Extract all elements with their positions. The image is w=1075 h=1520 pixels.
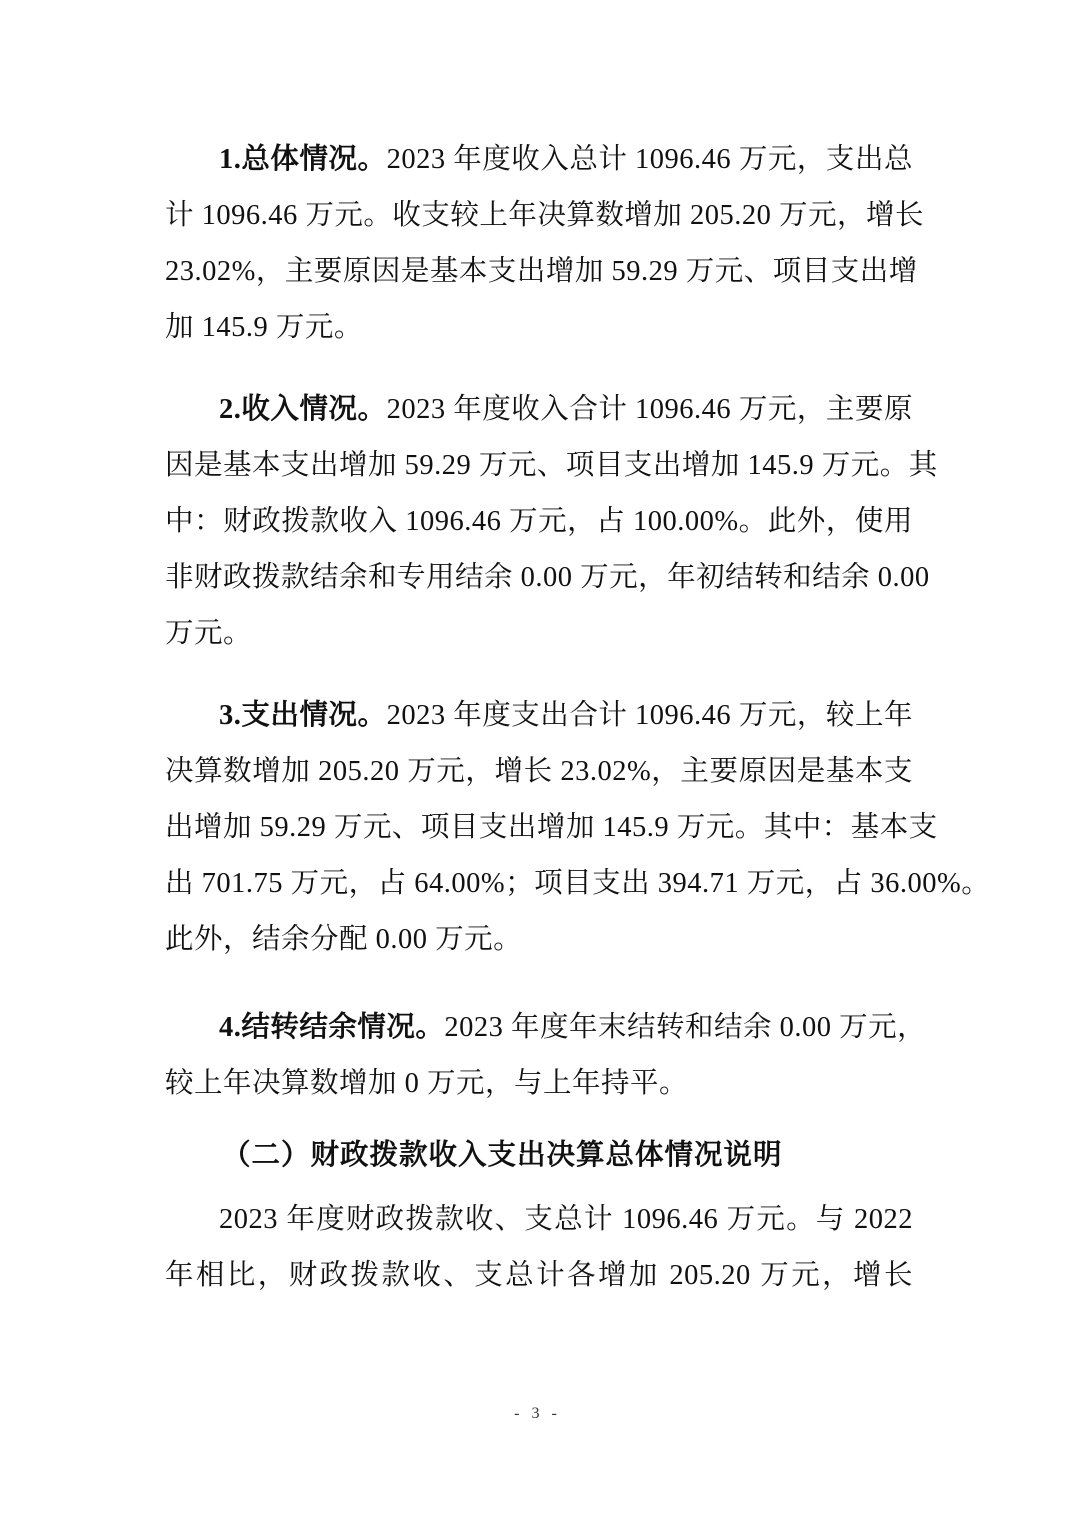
section-1-heading: 1.总体情况。 (219, 144, 387, 175)
section-1-line-3: 23.02%，主要原因是基本支出增加 59.29 万元、项目支出增 (165, 252, 913, 292)
section-1-line-4: 加 145.9 万元。 (165, 308, 913, 348)
final-paragraph-line-2: 年相比，财政拨款收、支总计各增加 205.20 万元，增长 (165, 1256, 913, 1296)
section-2-line-3: 中：财政拨款收入 1096.46 万元，占 100.00%。此外，使用 (165, 502, 913, 542)
section-3-line-4: 出 701.75 万元，占 64.00%；项目支出 394.71 万元，占 36… (165, 864, 913, 904)
section-1-line-1: 1.总体情况。2023 年度收入总计 1096.46 万元，支出总 (219, 140, 913, 180)
section-3-line-3: 出增加 59.29 万元、项目支出增加 145.9 万元。其中：基本支 (165, 808, 913, 848)
section-3-heading: 3.支出情况。 (219, 700, 387, 731)
section-3-line-2: 决算数增加 205.20 万元，增长 23.02%，主要原因是基本支 (165, 752, 913, 792)
page-number: - 3 - (0, 1405, 1075, 1423)
section-4-heading: 4.结转结余情况。 (219, 1012, 444, 1043)
section-4-line-1: 4.结转结余情况。2023 年度年末结转和结余 0.00 万元， (219, 1008, 913, 1048)
section-3-line-1: 3.支出情况。2023 年度支出合计 1096.46 万元，较上年 (219, 696, 913, 736)
document-page: 1.总体情况。2023 年度收入总计 1096.46 万元，支出总 计 1096… (0, 0, 1075, 1520)
section-2-line-1: 2.收入情况。2023 年度收入合计 1096.46 万元，主要原 (219, 390, 913, 430)
section-2-line-2: 因是基本支出增加 59.29 万元、项目支出增加 145.9 万元。其 (165, 446, 913, 486)
subheading-fiscal-appropriation: （二）财政拨款收入支出决算总体情况说明 (222, 1136, 783, 1176)
section-2-heading: 2.收入情况。 (219, 394, 387, 425)
section-2-line-5: 万元。 (165, 614, 913, 654)
final-paragraph-line-1: 2023 年度财政拨款收、支总计 1096.46 万元。与 2022 (219, 1200, 913, 1240)
section-3-line-5: 此外，结余分配 0.00 万元。 (165, 920, 913, 960)
section-2-line-4: 非财政拨款结余和专用结余 0.00 万元，年初结转和结余 0.00 (165, 558, 913, 598)
section-4-line-2: 较上年决算数增加 0 万元，与上年持平。 (165, 1064, 913, 1104)
section-1-line-2: 计 1096.46 万元。收支较上年决算数增加 205.20 万元，增长 (165, 196, 913, 236)
